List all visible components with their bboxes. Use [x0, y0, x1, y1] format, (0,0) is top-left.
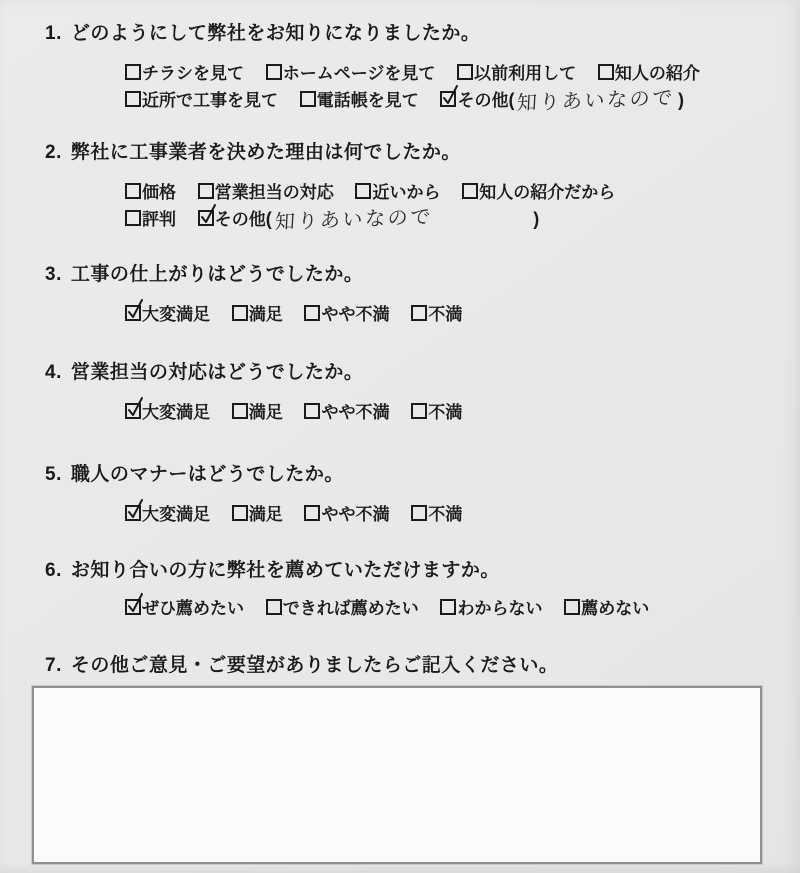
option-row: 近所で工事を見て 電話帳を見て その他(知りあいなので) — [125, 87, 770, 114]
survey-option[interactable]: 知人の紹介だから — [462, 179, 615, 206]
survey-option[interactable]: 大変満足 — [125, 501, 210, 528]
option-label: 評判 — [142, 210, 176, 229]
option-label: 満足 — [249, 505, 283, 524]
survey-option[interactable]: チラシを見て — [125, 60, 244, 87]
option-label: 不満 — [428, 505, 462, 524]
question-5: 5.職人のマナーはどうでしたか。 大変満足 満足 やや不満 不満 — [45, 459, 770, 528]
checkbox-icon — [411, 403, 427, 419]
check-mark-icon — [440, 83, 460, 107]
checkbox-icon — [198, 210, 214, 226]
option-label: その他 — [215, 210, 266, 229]
option-label: 満足 — [249, 403, 283, 422]
checkbox-icon — [125, 505, 141, 521]
option-label: ホームページを見て — [283, 64, 436, 83]
survey-option[interactable]: 満足 — [232, 399, 283, 426]
option-label: その他 — [457, 91, 508, 110]
checkbox-icon — [125, 210, 141, 226]
checkbox-icon — [440, 599, 456, 615]
survey-option-other[interactable]: その他(知りあいなので) — [440, 87, 684, 114]
checkbox-icon — [462, 183, 478, 199]
question-title: 工事の仕上がりはどうでしたか。 — [71, 264, 364, 285]
checkbox-icon — [125, 183, 141, 199]
question-number: 7. — [45, 655, 62, 676]
option-label: 不満 — [428, 403, 462, 422]
check-mark-icon — [125, 297, 145, 321]
question-number: 6. — [45, 560, 62, 581]
checkbox-icon — [300, 91, 316, 107]
survey-option[interactable]: ホームページを見て — [266, 60, 436, 87]
option-label: 薦めない — [581, 599, 649, 618]
survey-option[interactable]: 近いから — [355, 179, 440, 206]
survey-option[interactable]: わからない — [440, 595, 542, 622]
option-row: 価格 営業担当の対応 近いから 知人の紹介だから — [125, 179, 770, 206]
checkbox-icon — [304, 403, 320, 419]
checkbox-icon — [411, 305, 427, 321]
survey-option[interactable]: 知人の紹介 — [598, 60, 700, 87]
question-5-heading: 5.職人のマナーはどうでしたか。 — [45, 459, 770, 486]
survey-option[interactable]: 価格 — [125, 179, 176, 206]
option-label: できれば薦めたい — [283, 599, 419, 618]
option-row: ぜひ薦めたい できれば薦めたい わからない 薦めない — [125, 595, 770, 622]
question-3: 3.工事の仕上がりはどうでしたか。 大変満足 満足 やや不満 不満 — [45, 259, 770, 328]
survey-option[interactable]: 大変満足 — [125, 301, 210, 328]
option-row: 大変満足 満足 やや不満 不満 — [125, 301, 770, 328]
survey-option[interactable]: やや不満 — [304, 301, 389, 328]
question-6: 6.お知り合いの方に弊社を薦めていただけますか。 ぜひ薦めたい できれば薦めたい… — [45, 555, 770, 622]
question-number: 4. — [45, 362, 62, 383]
question-4: 4.営業担当の対応はどうでしたか。 大変満足 満足 やや不満 不満 — [45, 357, 770, 426]
question-6-options: ぜひ薦めたい できれば薦めたい わからない 薦めない — [125, 595, 770, 622]
check-mark-icon — [125, 591, 145, 615]
checkbox-icon — [125, 305, 141, 321]
survey-option[interactable]: ぜひ薦めたい — [125, 595, 244, 622]
survey-option[interactable]: 営業担当の対応 — [198, 179, 334, 206]
question-number: 2. — [45, 142, 62, 163]
question-3-heading: 3.工事の仕上がりはどうでしたか。 — [45, 259, 770, 286]
survey-option[interactable]: 電話帳を見て — [300, 87, 419, 114]
question-title: その他ご意見・ご要望がありましたらご記入ください。 — [71, 655, 559, 676]
option-row: 評判 その他(知りあいなので) — [125, 206, 770, 233]
option-row: 大変満足 満足 やや不満 不満 — [125, 501, 770, 528]
check-mark-icon — [198, 202, 218, 226]
question-3-options: 大変満足 満足 やや不満 不満 — [125, 301, 770, 328]
question-4-heading: 4.営業担当の対応はどうでしたか。 — [45, 357, 770, 384]
checkbox-icon — [125, 403, 141, 419]
comment-box[interactable] — [32, 686, 762, 864]
survey-option[interactable]: 近所で工事を見て — [125, 87, 278, 114]
option-label: ぜひ薦めたい — [142, 599, 244, 618]
checkbox-icon — [304, 305, 320, 321]
question-1-options: チラシを見て ホームページを見て 以前利用して 知人の紹介 近所で工事を見て 電… — [125, 60, 770, 114]
option-label: 価格 — [142, 183, 176, 202]
check-mark-icon — [125, 395, 145, 419]
question-title: 弊社に工事業者を決めた理由は何でしたか。 — [71, 142, 461, 163]
checkbox-icon — [125, 91, 141, 107]
handwritten-note: 知りあいなので — [517, 85, 676, 117]
survey-option[interactable]: 以前利用して — [457, 60, 576, 87]
option-label: わからない — [457, 599, 542, 618]
checkbox-icon — [266, 599, 282, 615]
checkbox-icon — [125, 64, 141, 80]
survey-option-other[interactable]: その他(知りあいなので) — [198, 206, 540, 233]
option-label: 大変満足 — [142, 403, 210, 422]
option-label: 電話帳を見て — [317, 91, 419, 110]
option-label: やや不満 — [321, 305, 389, 324]
checkbox-icon — [198, 183, 214, 199]
note-paren-close: ) — [678, 90, 684, 110]
option-label: 近いから — [372, 183, 440, 202]
survey-option[interactable]: 不満 — [411, 399, 462, 426]
option-label: 近所で工事を見て — [142, 91, 278, 110]
question-2-options: 価格 営業担当の対応 近いから 知人の紹介だから 評判 その他(知りあいなので) — [125, 179, 770, 233]
question-title: どのようにして弊社をお知りになりましたか。 — [71, 23, 481, 44]
option-label: 以前利用して — [474, 64, 576, 83]
option-label: 知人の紹介 — [615, 64, 700, 83]
survey-form-page: 1.どのようにして弊社をお知りになりましたか。 チラシを見て ホームページを見て… — [0, 0, 800, 873]
checkbox-icon — [266, 64, 282, 80]
option-label: やや不満 — [321, 505, 389, 524]
note-paren-open: ( — [266, 209, 272, 229]
question-5-options: 大変満足 満足 やや不満 不満 — [125, 501, 770, 528]
question-title: 営業担当の対応はどうでしたか。 — [71, 362, 364, 383]
checkbox-icon — [232, 305, 248, 321]
question-number: 5. — [45, 464, 62, 485]
checkbox-icon — [232, 403, 248, 419]
option-label: 満足 — [249, 305, 283, 324]
question-1: 1.どのようにして弊社をお知りになりましたか。 チラシを見て ホームページを見て… — [45, 18, 770, 114]
handwritten-note: 知りあいなので — [274, 204, 433, 236]
question-number: 3. — [45, 264, 62, 285]
note-paren-close: ) — [533, 209, 539, 229]
check-mark-icon — [125, 497, 145, 521]
option-label: 営業担当の対応 — [215, 183, 334, 202]
question-4-options: 大変満足 満足 やや不満 不満 — [125, 399, 770, 426]
survey-option[interactable]: できれば薦めたい — [266, 595, 419, 622]
option-label: チラシを見て — [142, 64, 244, 83]
option-label: 知人の紹介だから — [479, 183, 615, 202]
note-paren-open: ( — [508, 90, 514, 110]
survey-option[interactable]: 満足 — [232, 501, 283, 528]
checkbox-icon — [564, 599, 580, 615]
survey-option[interactable]: 薦めない — [564, 595, 649, 622]
survey-option[interactable]: 大変満足 — [125, 399, 210, 426]
survey-option[interactable]: やや不満 — [304, 399, 389, 426]
survey-option[interactable]: 満足 — [232, 301, 283, 328]
question-number: 1. — [45, 23, 62, 44]
checkbox-icon — [304, 505, 320, 521]
survey-option[interactable]: 評判 — [125, 206, 176, 233]
question-7: 7.その他ご意見・ご要望がありましたらご記入ください。 — [45, 650, 770, 677]
question-2-heading: 2.弊社に工事業者を決めた理由は何でしたか。 — [45, 137, 770, 164]
question-6-heading: 6.お知り合いの方に弊社を薦めていただけますか。 — [45, 555, 770, 582]
survey-option[interactable]: 不満 — [411, 301, 462, 328]
checkbox-icon — [411, 505, 427, 521]
question-title: 職人のマナーはどうでしたか。 — [71, 464, 344, 485]
option-label: 大変満足 — [142, 305, 210, 324]
option-label: やや不満 — [321, 403, 389, 422]
option-label: 不満 — [428, 305, 462, 324]
checkbox-icon — [125, 599, 141, 615]
question-2: 2.弊社に工事業者を決めた理由は何でしたか。 価格 営業担当の対応 近いから 知… — [45, 137, 770, 233]
checkbox-icon — [457, 64, 473, 80]
survey-option[interactable]: やや不満 — [304, 501, 389, 528]
option-label: 大変満足 — [142, 505, 210, 524]
checkbox-icon — [232, 505, 248, 521]
option-row: 大変満足 満足 やや不満 不満 — [125, 399, 770, 426]
question-7-heading: 7.その他ご意見・ご要望がありましたらご記入ください。 — [45, 650, 770, 677]
checkbox-icon — [440, 91, 456, 107]
checkbox-icon — [598, 64, 614, 80]
checkbox-icon — [355, 183, 371, 199]
question-title: お知り合いの方に弊社を薦めていただけますか。 — [71, 560, 500, 581]
question-1-heading: 1.どのようにして弊社をお知りになりましたか。 — [45, 18, 770, 45]
survey-option[interactable]: 不満 — [411, 501, 462, 528]
